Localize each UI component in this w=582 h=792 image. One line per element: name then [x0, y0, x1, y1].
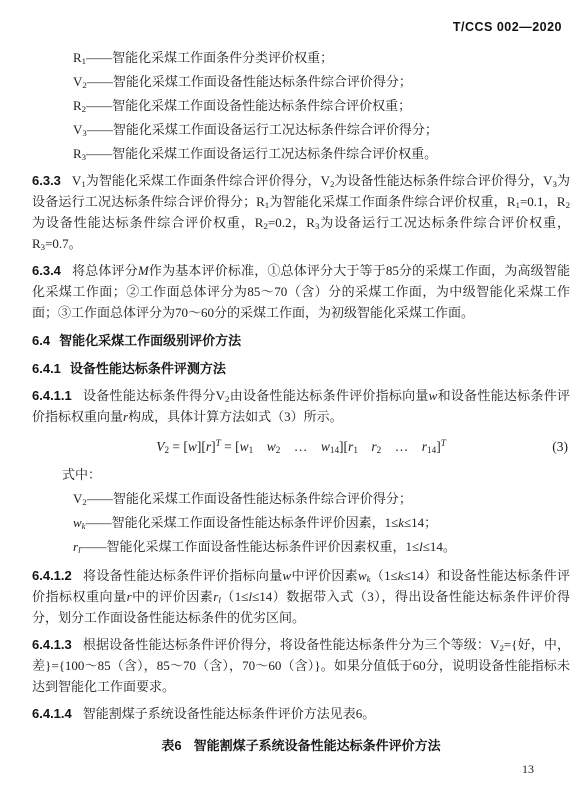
standard-number-header: T/CCS 002—2020 [453, 20, 562, 34]
document-content: R1——智能化采煤工作面条件分类评价权重； V2——智能化采煤工作面设备性能达标… [32, 46, 570, 756]
formula-legend-intro: 式中： [32, 464, 570, 485]
definition-v2: V2——智能化采煤工作面设备性能达标条件综合评价得分； [32, 70, 570, 94]
heading-6-4-1: 6.4.1设备性能达标条件评测方法 [32, 358, 570, 379]
clause-6-4-1-3: 6.4.1.3根据设备性能达标条件评价得分，将设备性能达标条件分为三个等级：V2… [32, 634, 570, 697]
definition-v2-formula: V2——智能化采煤工作面设备性能达标条件综合评价得分； [32, 487, 570, 511]
symbol-definition-list-2: V2——智能化采煤工作面设备性能达标条件综合评价得分； wk——智能化采煤工作面… [32, 487, 570, 559]
formula-3-row: V2 = [w][r]T = [w1 w2 … w14][r1 r2 … r14… [32, 435, 570, 459]
clause-6-4-1-2: 6.4.1.2将设备性能达标条件评价指标向量w中评价因素wk（1≤k≤14）和设… [32, 565, 570, 628]
clause-6-3-4: 6.3.4将总体评分M作为基本评价标准，①总体评分大于等于85分的采煤工作面，为… [32, 260, 570, 323]
definition-wk: wk——智能化采煤工作面设备性能达标条件评价因素，1≤k≤14； [32, 511, 570, 535]
definition-r1: R1——智能化采煤工作面条件分类评价权重； [32, 46, 570, 70]
formula-3-expression: V2 = [w][r]T = [w1 w2 … w14][r1 r2 … r14… [156, 439, 446, 454]
heading-6-4: 6.4智能化采煤工作面级别评价方法 [32, 330, 570, 351]
clause-6-3-3: 6.3.3V1为智能化采煤工作面条件综合评价得分，V2为设备性能达标条件综合评价… [32, 170, 570, 254]
equation-number: (3) [552, 435, 568, 459]
document-page: T/CCS 002—2020 R1——智能化采煤工作面条件分类评价权重； V2—… [0, 0, 582, 792]
clause-6-4-1-1: 6.4.1.1设备性能达标条件得分V2由设备性能达标条件评价指标向量w和设备性能… [32, 385, 570, 427]
symbol-definition-list-1: R1——智能化采煤工作面条件分类评价权重； V2——智能化采煤工作面设备性能达标… [32, 46, 570, 166]
table6-caption: 表6智能割煤子系统设备性能达标条件评价方法 [32, 735, 570, 756]
definition-r2: R2——智能化采煤工作面设备性能达标条件综合评价权重； [32, 94, 570, 118]
definition-rl: rl——智能化采煤工作面设备性能达标条件评价因素权重，1≤l≤14。 [32, 535, 570, 559]
page-number: 13 [522, 762, 534, 777]
definition-v3: V3——智能化采煤工作面设备运行工况达标条件综合评价得分； [32, 118, 570, 142]
definition-r3: R3——智能化采煤工作面设备运行工况达标条件综合评价权重。 [32, 142, 570, 166]
clause-6-4-1-4: 6.4.1.4智能割煤子系统设备性能达标条件评价方法见表6。 [32, 703, 570, 724]
